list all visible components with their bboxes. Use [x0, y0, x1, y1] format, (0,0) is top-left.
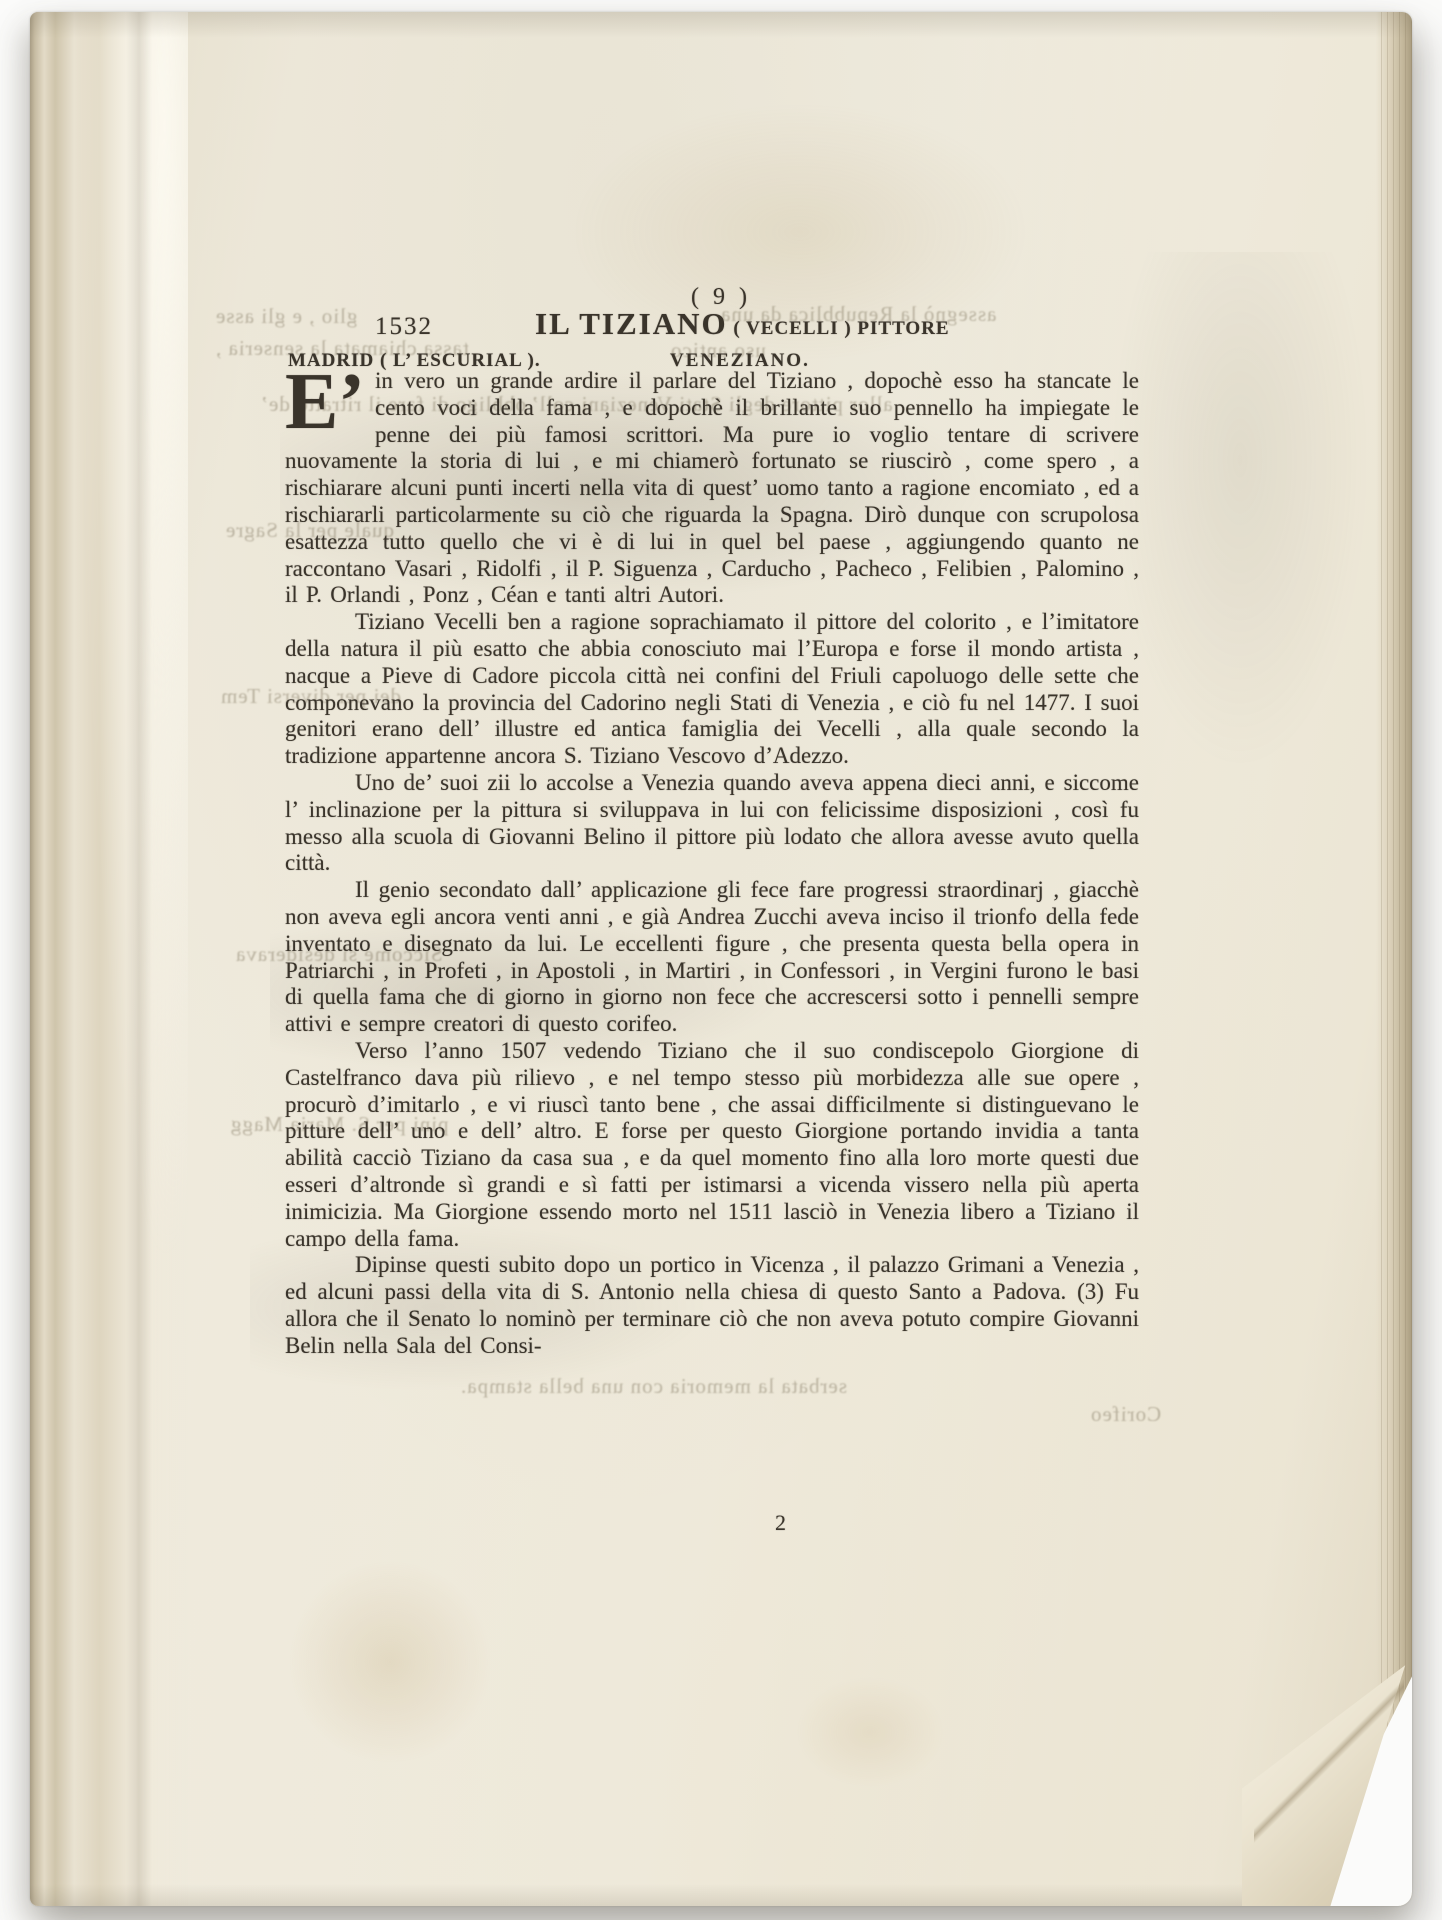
header-year: 1532 [375, 313, 433, 341]
paragraph-text: in vero un grande ardire il parlare del … [285, 368, 1139, 607]
body-paragraph: Il genio secondato dall’ applicazione gl… [285, 877, 1139, 1038]
body-paragraph: Tiziano Vecelli ben a ragione soprachiam… [285, 609, 1139, 770]
bottom-edge-shadow [30, 1884, 1412, 1906]
body-paragraph: E’in vero un grande ardire il parlare de… [285, 368, 1139, 609]
header-title-detail: ( VECELLI ) PITTORE [733, 318, 949, 339]
dogear-fold [1242, 1626, 1412, 1906]
signature-mark: 2 [775, 1510, 786, 1536]
page-stain [1110, 252, 1370, 772]
bleedthrough-line: serbata la memoria con una bella stampa. [460, 1374, 847, 1399]
dogear-background [1242, 1626, 1412, 1906]
dogear-crease [1254, 1646, 1404, 1876]
page-stain [790, 1672, 950, 1792]
drop-cap: E’ [285, 372, 365, 432]
photo-backdrop: { "page": { "folio": "( 9 )", "header": … [0, 0, 1442, 1920]
body-text-block: E’in vero un grande ardire il parlare de… [285, 368, 1139, 1359]
header-title-main: IL TIZIANO [535, 306, 728, 341]
page-stain [280, 1552, 500, 1772]
body-paragraph: Uno de’ suoi zii lo accolse a Venezia qu… [285, 770, 1139, 877]
header-title: IL TIZIANO ( VECELLI ) PITTORE [535, 306, 950, 342]
book-page: glio , e gli asse assegnò la Repubblica … [30, 12, 1412, 1906]
bleedthrough-line: Corifeo [1090, 1402, 1161, 1427]
body-paragraph: Verso l’anno 1507 vedendo Tiziano che il… [285, 1038, 1139, 1252]
body-paragraph: Dipinse questi subito dopo un portico in… [285, 1252, 1139, 1359]
top-edge-shadow [30, 12, 1412, 38]
